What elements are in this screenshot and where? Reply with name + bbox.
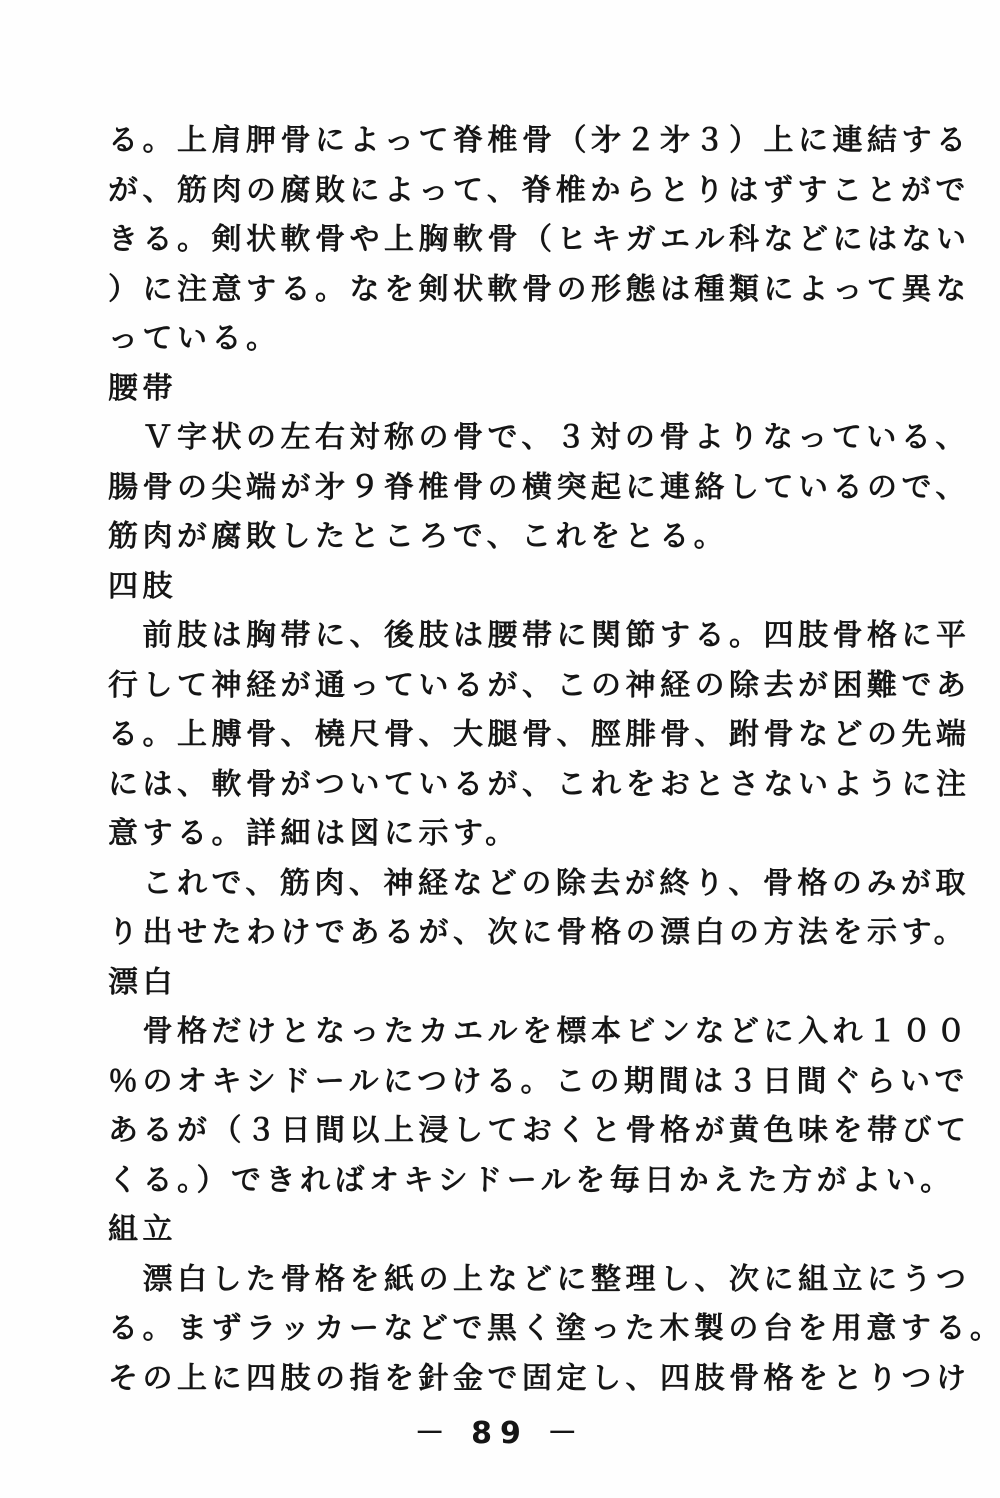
text-line: くる。）できればオキシドールを毎日かえた方がよい。 bbox=[108, 1156, 978, 1206]
text-line: には、軟骨がついているが、これをおとさないように注 bbox=[108, 760, 978, 810]
text-line: 漂白した骨格を紙の上などに整理し、次に組立にうつ bbox=[108, 1255, 978, 1305]
text-line: これで、筋肉、神経などの除去が終り、骨格のみが取 bbox=[108, 859, 978, 909]
text-line: 腸骨の尖端が㐧９脊椎骨の横突起に連絡しているので、 bbox=[108, 463, 978, 513]
text-line: Ｖ字状の左右対称の骨で、３対の骨よりなっている、 bbox=[108, 413, 978, 463]
text-block: る。上肩胛骨によって脊椎骨（㐧２㐧３）上に連結する が、筋肉の腐敗によって、脊椎… bbox=[108, 116, 978, 1403]
text-line: 意する。詳細は図に示す。 bbox=[108, 809, 978, 859]
text-line: る。まずラッカーなどで黒く塗った木製の台を用意する。 bbox=[108, 1304, 978, 1354]
page-number: － 89 － bbox=[0, 1408, 1000, 1452]
document-page: る。上肩胛骨によって脊椎骨（㐧２㐧３）上に連結する が、筋肉の腐敗によって、脊椎… bbox=[0, 0, 1000, 1498]
text-line: 前肢は胸帯に、後肢は腰帯に関節する。四肢骨格に平 bbox=[108, 611, 978, 661]
text-line: ％のオキシドールにつける。この期間は３日間ぐらいで bbox=[108, 1057, 978, 1107]
text-line: その上に四肢の指を針金で固定し、四肢骨格をとりつけ bbox=[108, 1354, 978, 1404]
section-heading-assembly: 組立 bbox=[108, 1205, 978, 1255]
text-line: ）に注意する。なを剣状軟骨の形態は種類によって異な bbox=[108, 265, 978, 315]
text-line: が、筋肉の腐敗によって、脊椎からとりはずすことがで bbox=[108, 166, 978, 216]
section-heading-bleaching: 漂白 bbox=[108, 958, 978, 1008]
text-line: 筋肉が腐敗したところで、これをとる。 bbox=[108, 512, 978, 562]
text-line: あるが（３日間以上浸しておくと骨格が黄色味を帯びて bbox=[108, 1106, 978, 1156]
text-line: きる。剣状軟骨や上胸軟骨（ヒキガエル科などにはない bbox=[108, 215, 978, 265]
section-heading-pelvic-girdle: 腰帯 bbox=[108, 364, 978, 414]
text-line: る。上肩胛骨によって脊椎骨（㐧２㐧３）上に連結する bbox=[108, 116, 978, 166]
section-heading-limbs: 四肢 bbox=[108, 562, 978, 612]
text-line: っている。 bbox=[108, 314, 978, 364]
text-line: 骨格だけとなったカエルを標本ビンなどに入れ１００ bbox=[108, 1007, 978, 1057]
text-line: り出せたわけであるが、次に骨格の漂白の方法を示す。 bbox=[108, 908, 978, 958]
text-line: 行して神経が通っているが、この神経の除去が困難であ bbox=[108, 661, 978, 711]
text-line: る。上膊骨、橈尺骨、大腿骨、脛腓骨、跗骨などの先端 bbox=[108, 710, 978, 760]
